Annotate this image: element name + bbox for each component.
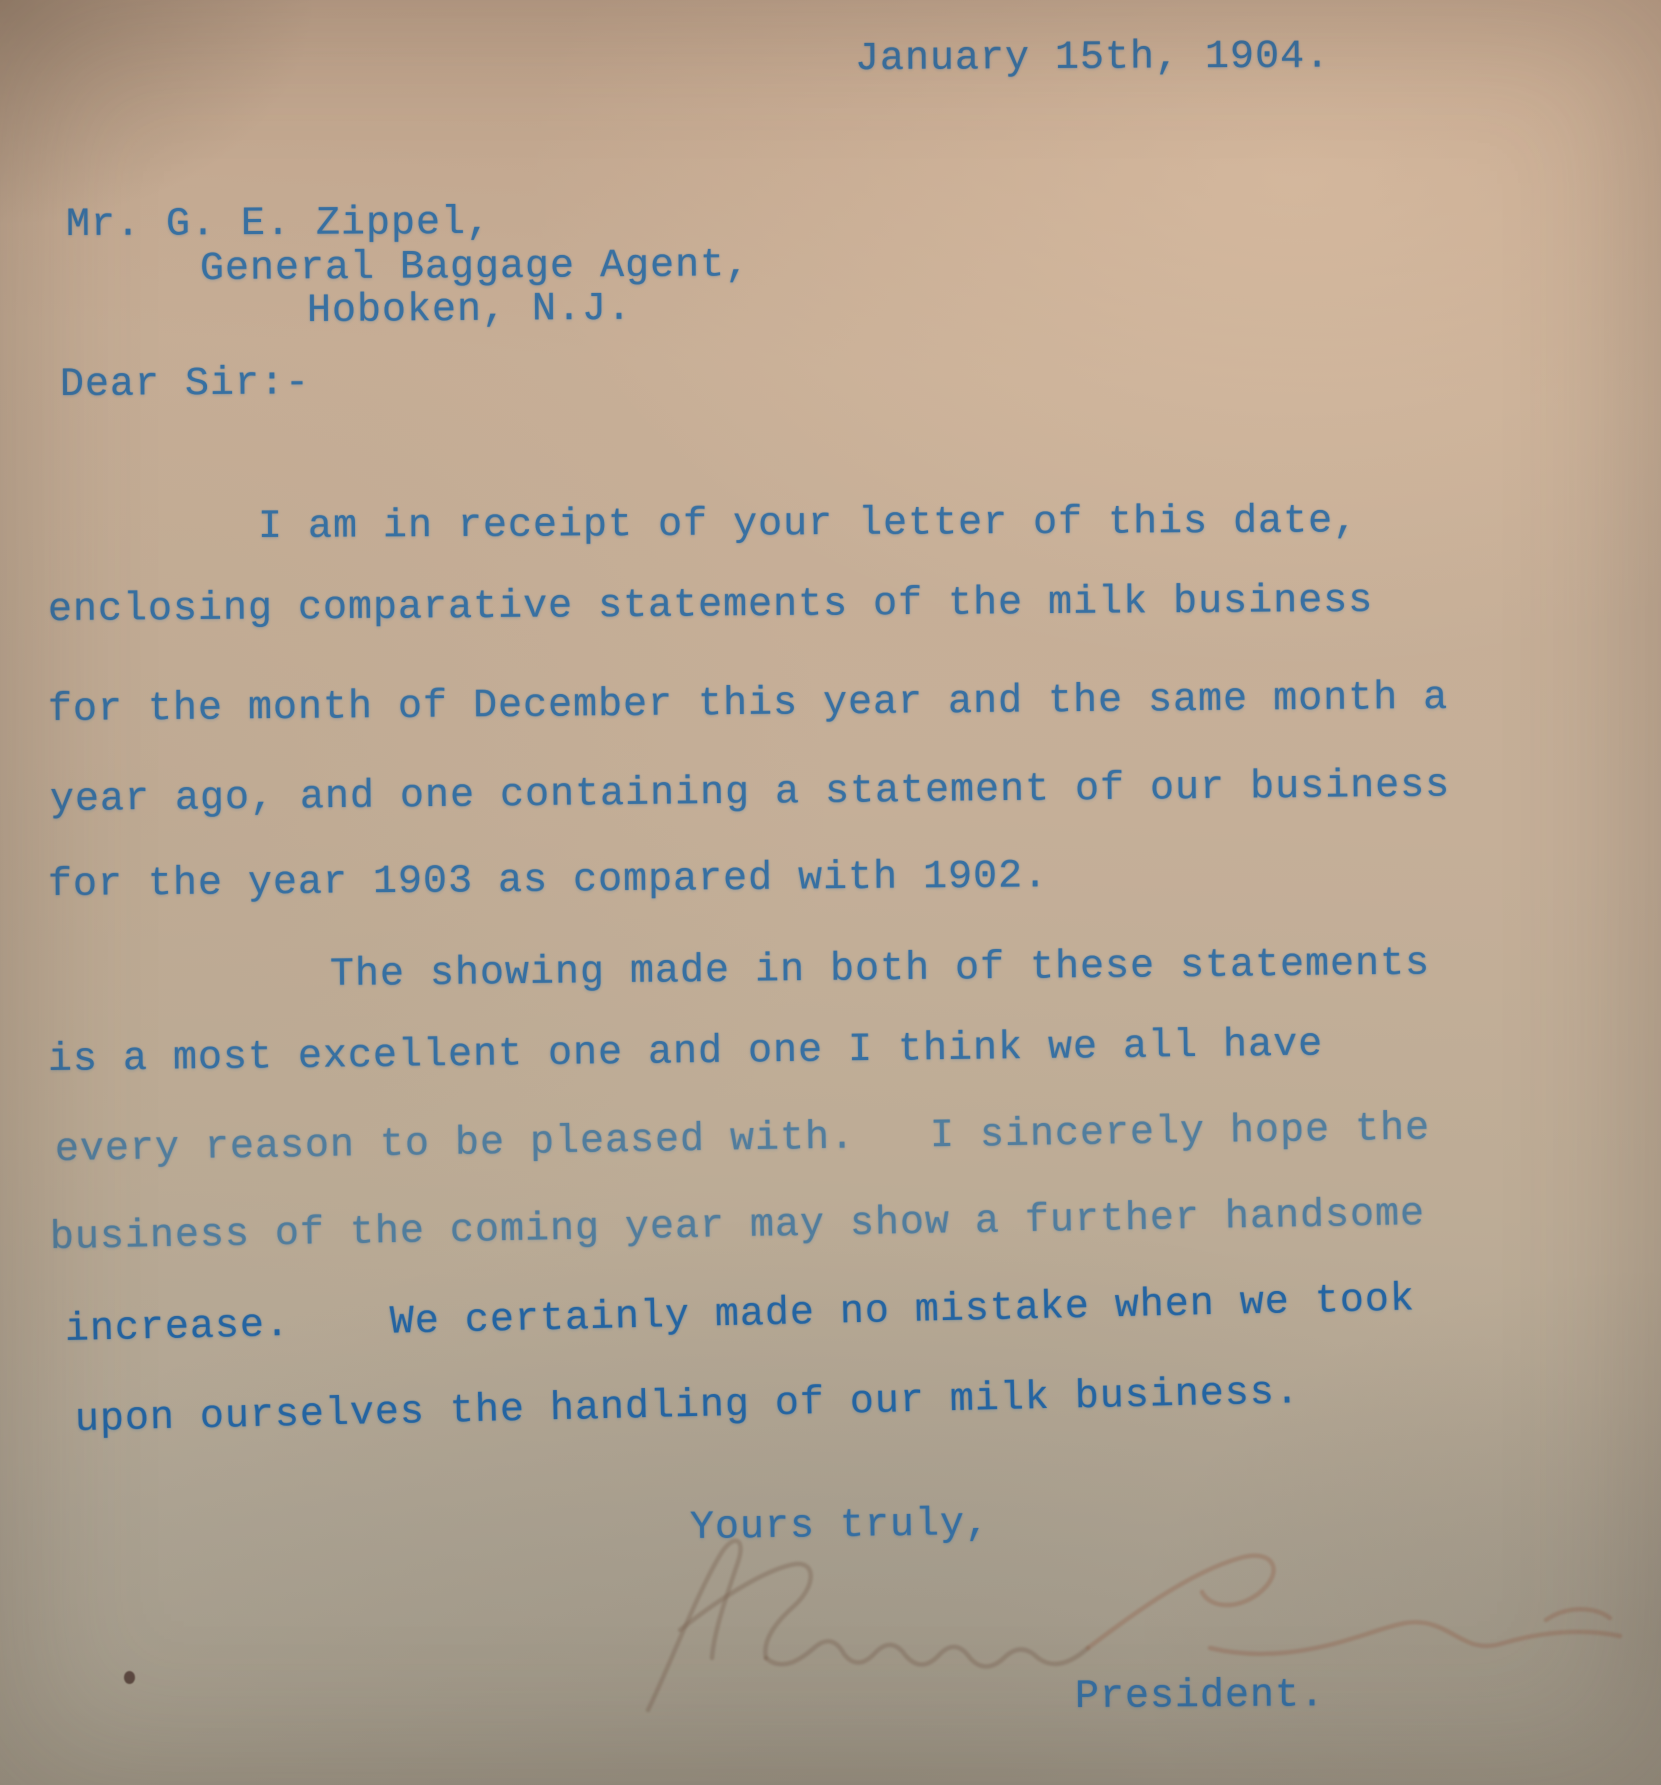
body-line-8: every reason to be pleased with. I since…: [55, 1109, 1431, 1171]
body-line-7: is a most excellent one and one I think …: [48, 1025, 1324, 1081]
letter-page: January 15th, 1904. Mr. G. E. Zippel, Ge…: [0, 0, 1661, 1785]
body-line-11: upon ourselves the handling of our milk …: [75, 1373, 1301, 1441]
body-line-3: for the month of December this year and …: [48, 679, 1449, 731]
ink-speck: [124, 1671, 135, 1684]
body-line-6: The showing made in both of these statem…: [330, 944, 1431, 996]
body-line-2: enclosing comparative statements of the …: [48, 582, 1373, 631]
date-line: January 15th, 1904.: [855, 38, 1330, 80]
signer-title-line: President.: [1075, 1676, 1325, 1718]
body-line-4: year ago, and one containing a statement…: [50, 766, 1451, 821]
recipient-name-line: Mr. G. E. Zippel,: [66, 204, 491, 246]
recipient-title-line: General Baggage Agent,: [200, 246, 750, 290]
body-line-10: increase. We certainly made no mistake w…: [65, 1280, 1416, 1351]
body-line-5: for the year 1903 as compared with 1902.: [48, 857, 1048, 906]
body-line-9: business of the coming year may show a f…: [50, 1195, 1426, 1259]
recipient-location-line: Hoboken, N.J.: [307, 290, 632, 332]
salutation-line: Dear Sir:-: [60, 364, 310, 406]
body-line-1: I am in receipt of your letter of this d…: [258, 502, 1358, 548]
